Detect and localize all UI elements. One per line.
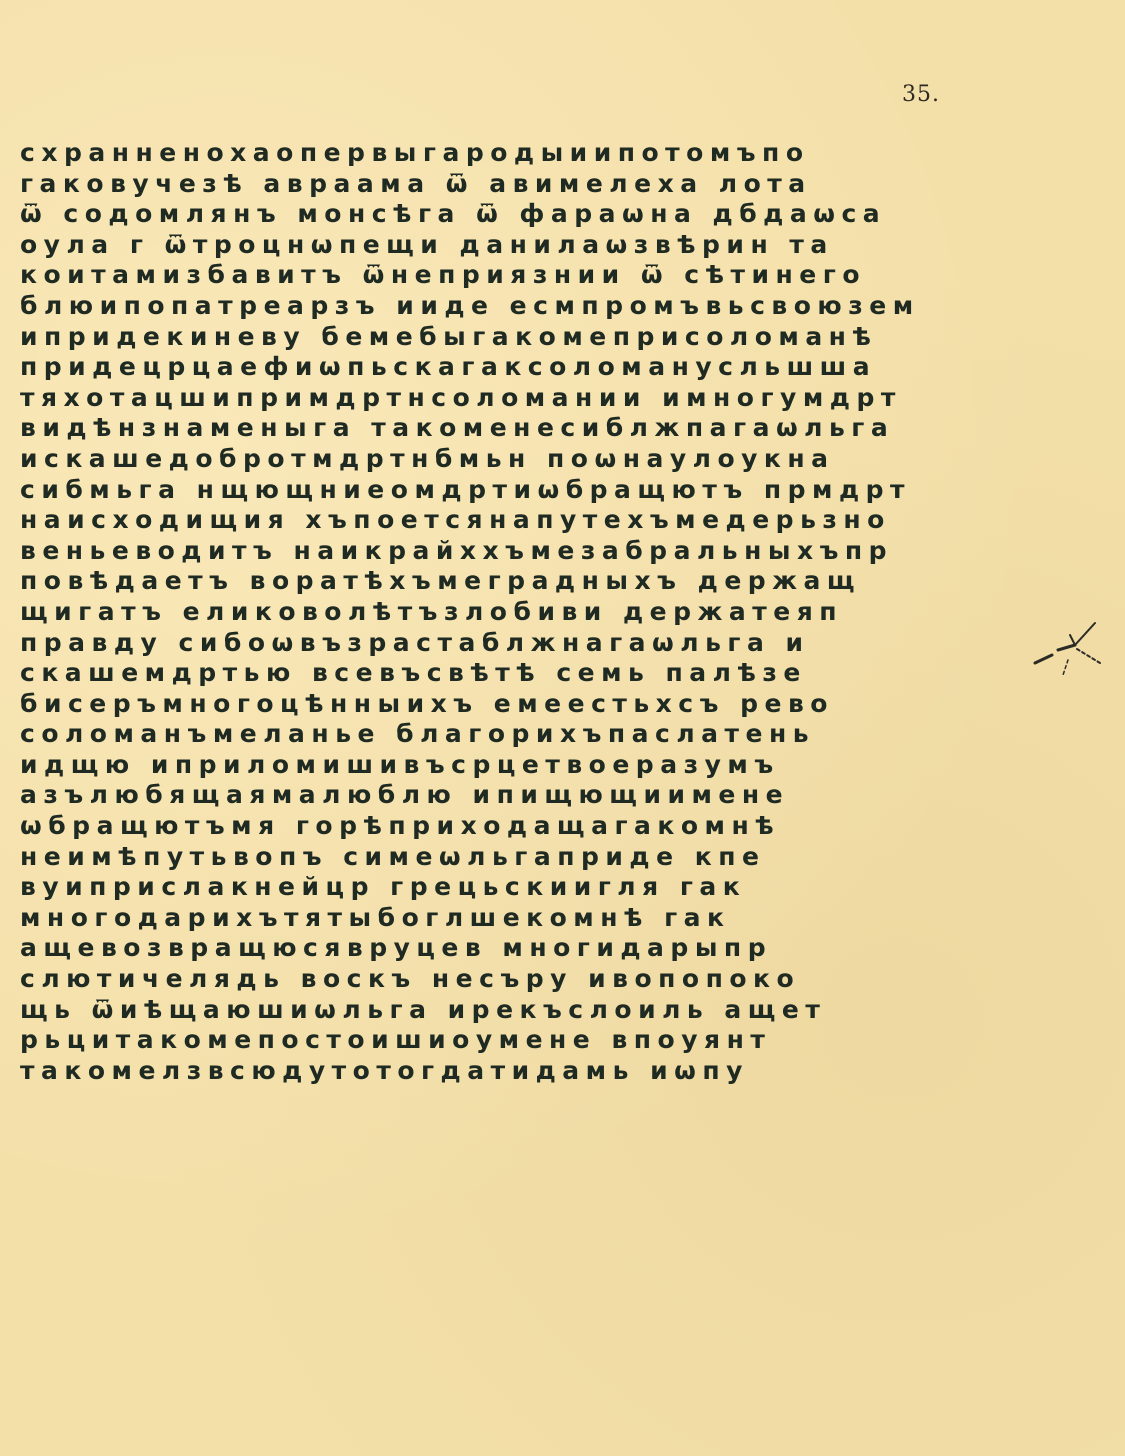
- text-line: ѿ содомлянъ монсѣга ѿ фараѡна дбдаѡса: [20, 199, 1030, 230]
- text-line: бисеръмногоцѣнныихъ емеестьхсъ рево: [20, 689, 1030, 720]
- text-line: наисходищия хъпоетсянапутехъмедерьзно: [20, 505, 1030, 536]
- text-line: щь ѿиѣщаюшиѡльга ирекъслоиль ащет: [20, 995, 1030, 1026]
- text-line: азълюбящаямалюблю ипищющиимене: [20, 780, 1030, 811]
- text-line: неимѣпутьвопъ симеѡльгаприде кпе: [20, 842, 1030, 873]
- text-line: видѣнзнаменыга такоменесиблжпагаѡльга: [20, 413, 1030, 444]
- text-line: рьцитакомепостоишиоумене впоуянт: [20, 1025, 1030, 1056]
- text-line: скашемдртью всевъсвѣтѣ семь палѣзе: [20, 658, 1030, 689]
- text-line: повѣдаетъ воратѣхъмеградныхъ держащ: [20, 566, 1030, 597]
- text-line: сибмьга нщющниеомдртиѡбращютъ прмдрт: [20, 475, 1030, 506]
- text-line: искашедобротмдртнбмьн поѡнаулоукна: [20, 444, 1030, 475]
- page-number: 35.: [902, 82, 940, 107]
- text-line: вуиприслакнейцр грецьскиигля гак: [20, 872, 1030, 903]
- text-line: ащевозвращюсявруцев многидарыпр: [20, 933, 1030, 964]
- text-line: блюипопатреарзъ ииде есмпромъвьсвоюзем: [20, 291, 1030, 322]
- text-line: правду сибоѡвъзрастаблжнагаѡльга и: [20, 628, 1030, 659]
- text-line: схранненохаопервыгародыиипотомъпо: [20, 138, 1030, 169]
- text-line: веньеводитъ наикрайххъмезабральныхъпр: [20, 536, 1030, 567]
- text-line: многодарихътятыбоглшекомнѣ гак: [20, 903, 1030, 934]
- text-line: ѡбращютъмя горѣприходащагакомнѣ: [20, 811, 1030, 842]
- manuscript-page: 35. схранненохаопервыгародыиипотомъпо га…: [0, 0, 1125, 1456]
- margin-cross-mark-icon: [1030, 615, 1110, 685]
- manuscript-text: схранненохаопервыгародыиипотомъпо гакову…: [20, 138, 1030, 1086]
- text-line: слютичелядь воскъ несъру ивопопоко: [20, 964, 1030, 995]
- text-line: ипридекиневу бемебыгакомеприсоломанѣ: [20, 322, 1030, 353]
- text-line: такомелзвсюдутотогдатидамь иѡпу: [20, 1056, 1030, 1087]
- text-line: коитамизбавитъ ѿнеприязнии ѿ сѣтинего: [20, 260, 1030, 291]
- text-line: оула г ѿтроцнѡпещи данилаѡзвѣрин та: [20, 230, 1030, 261]
- text-line: щигатъ еликоволѣтъзлобиви держатеяп: [20, 597, 1030, 628]
- text-line: придецрцаефиѡпьскагаксоломанусльшша: [20, 352, 1030, 383]
- text-line: соломанъмеланье благорихъпаслатень: [20, 719, 1030, 750]
- text-line: гаковучезѣ авраама ѿ авимелеха лота: [20, 169, 1030, 200]
- text-line: идщю иприломишивъсрцетвоеразумъ: [20, 750, 1030, 781]
- text-line: тяхотацшипримдртнсоломании имногумдрт: [20, 383, 1030, 414]
